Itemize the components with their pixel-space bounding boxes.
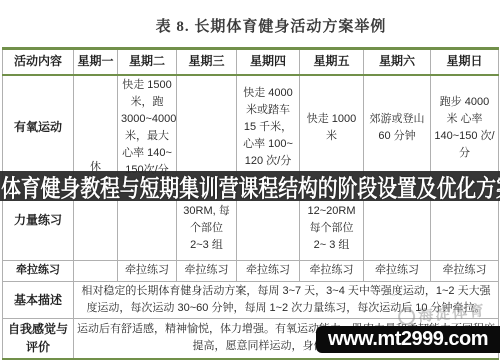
cell-stretch-sun: 牵拉练习	[431, 260, 499, 281]
row-label-stretch: 牵拉练习	[3, 260, 74, 281]
page: 表 8. 长期体育健身活动方案举例 活动内容 星期一 星期二 星期三 星期四 星…	[0, 0, 500, 362]
cell-stretch-mon	[74, 260, 118, 281]
caption-overlay-text: 体育健身教程与短期集训营课程结构的阶段设置及优化方案	[1, 169, 500, 204]
cell-stretch-wed: 牵拉练习	[177, 260, 237, 281]
cell-aerobic-fri: 快走 1000 米	[300, 75, 364, 181]
cell-stretch-tue: 牵拉练习	[118, 260, 177, 281]
site-watermark-url: www.mt2999.com	[328, 328, 488, 351]
header-wednesday: 星期三	[177, 49, 237, 75]
cell-aerobic-thu: 快走 4000 米或踏车 15 千米，心率 100~ 120 次/分	[237, 75, 300, 181]
cell-stretch-fri: 牵拉练习	[300, 260, 364, 281]
header-monday: 星期一	[74, 49, 118, 75]
header-saturday: 星期六	[364, 49, 431, 75]
header-friday: 星期五	[300, 49, 364, 75]
row-aerobic: 有氧运动 休 快走 1500 米，跑 3000~4000 米，最大心率 140~…	[3, 75, 499, 181]
row-label-evaluation: 自我感觉与评价	[3, 318, 74, 359]
cell-aerobic-sun: 跑步 4000 米 心率 140~150 次/分	[431, 75, 499, 181]
caption-overlay-bar: 体育健身教程与短期集训营课程结构的阶段设置及优化方案	[0, 171, 500, 201]
cell-aerobic-sat: 郊游或登山 60 分钟	[364, 75, 431, 181]
site-watermark-bar: www.mt2999.com	[316, 326, 500, 353]
cell-aerobic-wed	[177, 75, 237, 181]
row-stretch: 牵拉练习 牵拉练习 牵拉练习 牵拉练习 牵拉练习 牵拉练习 牵拉练习	[3, 260, 499, 281]
row-label-aerobic: 有氧运动	[3, 75, 74, 181]
header-thursday: 星期四	[237, 49, 300, 75]
row-label-description: 基本描述	[3, 281, 74, 318]
header-activity: 活动内容	[3, 49, 74, 75]
cell-aerobic-tue: 快走 1500 米，跑 3000~4000 米，最大心率 140~ 150次/分	[118, 75, 177, 181]
cell-stretch-sat: 牵拉练习	[364, 260, 431, 281]
header-tuesday: 星期二	[118, 49, 177, 75]
header-row: 活动内容 星期一 星期二 星期三 星期四 星期五 星期六 星期日	[3, 49, 499, 75]
cell-stretch-thu: 牵拉练习	[237, 260, 300, 281]
stamp-ring-icon	[397, 307, 415, 325]
cell-aerobic-mon-rest: 休	[74, 75, 118, 261]
table-title: 表 8. 长期体育健身活动方案举例	[0, 15, 500, 36]
header-sunday: 星期日	[431, 49, 499, 75]
